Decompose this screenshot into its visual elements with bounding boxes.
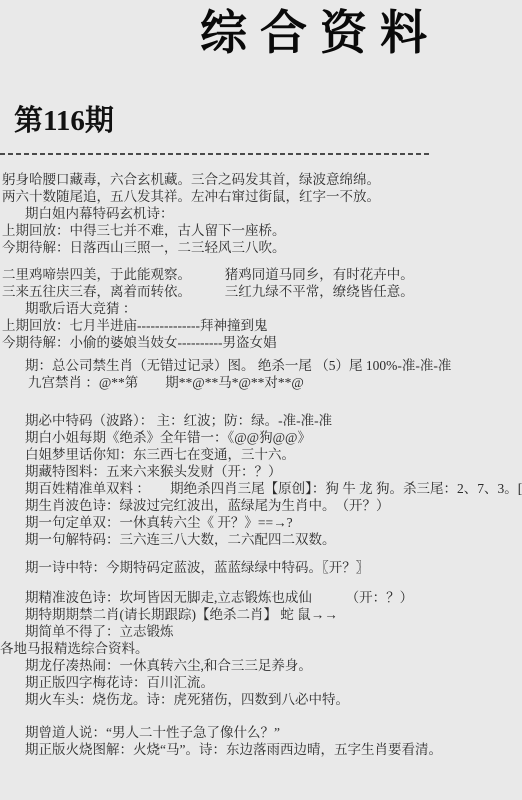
ban-zodiac-section: 期：总公司禁生肖（无错过记录）图。 绝杀一尾 （5）尾 100%-准-准-准 九…: [0, 357, 522, 391]
poem-line: 两六十数随尾追，五八发其祥。左冲右窜过街鼠，红字一不放。: [0, 188, 522, 205]
text-line: 期百姓精准单双料 ： 期绝杀四肖三尾【原创】：狗 牛 龙 狗。杀三尾：2、7、3…: [0, 480, 522, 497]
section-label: 各地马报精选综合资料。: [0, 640, 522, 657]
text-line: 期简单不得了：立志锻炼: [0, 623, 522, 640]
zengdaoren-section: 期曾道人说：“男人二十性子急了像什么？” 期正版火烧图解：火烧“马”。诗：东边落…: [0, 724, 522, 758]
text-line: 期藏特图料：五来六来猴头发财（开：？）: [0, 463, 522, 480]
text-line: 期一句定单双：一休真转六尘《 开？》==→?: [0, 514, 522, 531]
intro-poem-section: 躬身哈腰口藏毒，六合玄机藏。三合之码发其首，绿波意绵绵。 两六十数随尾追，五八发…: [0, 171, 522, 256]
text-line: 期白小姐每期《绝杀》全年错一：《@@狗@@》: [0, 429, 522, 446]
text-line: 九宫禁肖 ：@**第 期**@**马*@**对**@: [0, 374, 522, 391]
issue-number: 第116期: [14, 104, 522, 139]
section-label: 期歌后语大竞猜 ：: [0, 300, 522, 317]
text-line: 白姐梦里话你知：东三西七在变通，三十六。: [0, 446, 522, 463]
text-line: 期正版四字梅花诗：百川汇流。: [0, 674, 522, 691]
tips-section: 期必中特码（波路）： 主：红波；防：绿。-准-准-准 期白小姐每期《绝杀》全年错…: [0, 412, 522, 548]
text-line: 上期回放：七月半进庙--------------拜神撞到鬼: [0, 317, 522, 334]
text-line: 今期待解：小偷的婆娘当妓女----------男盗女娼: [0, 334, 522, 351]
page-title: 综合资料: [200, 6, 522, 62]
section-label: 期白姐内幕特码玄机诗：: [0, 205, 522, 222]
wave-poem-section: 期精准波色诗：坎坷皆因无脚走,立志锻炼也成仙 （开：？） 期特期期禁二肖(请长期…: [0, 589, 522, 708]
text-line: 期龙仔凑热闹：一休真转六尘,和合三三足养身。: [0, 657, 522, 674]
poem-line: 三来五往庆三春，离着而转依。 三红九绿不平常，缭绕皆任意。: [0, 283, 522, 300]
dashed-divider: [0, 153, 432, 155]
text-line: 今期待解：日落西山三照一，二三轻风三八吹。: [0, 239, 522, 256]
riddle-section: 二里鸡啼崇四美，于此能观察。 猪鸡同道马同乡，有时花卉中。 三来五往庆三春，离着…: [0, 266, 522, 351]
content: 躬身哈腰口藏毒，六合玄机藏。三合之码发其首，绿波意绵绵。 两六十数随尾追，五八发…: [0, 171, 522, 758]
text-line: 期一诗中特：今期特码定蓝波，蓝蓝绿绿中特码。〖开？〗: [0, 559, 522, 576]
poem-line: 躬身哈腰口藏毒，六合玄机藏。三合之码发其首，绿波意绵绵。: [0, 171, 522, 188]
text-line: 上期回放：中得三七并不难，古人留下一座桥。: [0, 222, 522, 239]
text-line: 期必中特码（波路）： 主：红波；防：绿。-准-准-准: [0, 412, 522, 429]
text-line: 期精准波色诗：坎坷皆因无脚走,立志锻炼也成仙 （开：？）: [0, 589, 522, 606]
poem-line: 二里鸡啼崇四美，于此能观察。 猪鸡同道马同乡，有时花卉中。: [0, 266, 522, 283]
text-line: 期正版火烧图解：火烧“马”。诗：东边落雨西边晴，五字生肖要看清。: [0, 741, 522, 758]
text-line: 期：总公司禁生肖（无错过记录）图。 绝杀一尾 （5）尾 100%-准-准-准: [0, 357, 522, 374]
text-line: 期火车头：烧伤龙。诗：虎死猪伤，四数到八必中特。: [0, 691, 522, 708]
text-line: 期生肖波色诗：绿波过完红波出，蓝绿尾为生肖中。 （开？）: [0, 497, 522, 514]
poem-hit-section: 期一诗中特：今期特码定蓝波，蓝蓝绿绿中特码。〖开？〗: [0, 559, 522, 576]
text-line: 期一句解特码：三六连三八大数，二六配四二双数。: [0, 531, 522, 548]
document-page: 综合资料 第116期 躬身哈腰口藏毒，六合玄机藏。三合之码发其首，绿波意绵绵。 …: [0, 6, 522, 800]
text-line: 期特期期禁二肖(请长期跟踪)【绝杀二肖】 蛇 鼠→→: [0, 606, 522, 623]
text-line: 期曾道人说：“男人二十性子急了像什么？”: [0, 724, 522, 741]
